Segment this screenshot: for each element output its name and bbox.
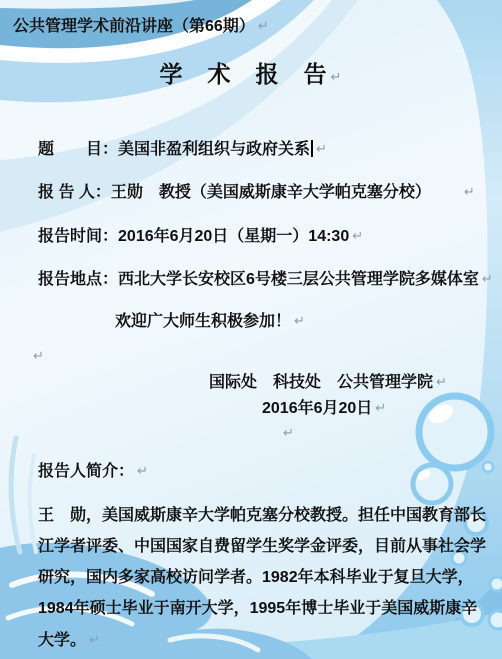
paragraph-mark-icon: ↵ bbox=[137, 463, 148, 478]
field-topic-value[interactable]: 美国非盈利组织与政府关系 bbox=[118, 141, 310, 158]
field-location-value[interactable]: 西北大学长安校区6号楼三层公共管理学院多媒体室 bbox=[118, 271, 479, 288]
signature-date[interactable]: 2016年6月20日↵ bbox=[262, 398, 386, 419]
bio-line-4[interactable]: 1984年硕士毕业于南开大学，1995年博士毕业于美国威斯康辛 bbox=[38, 593, 486, 624]
paragraph-mark-icon: ↵ bbox=[331, 69, 343, 84]
field-location[interactable]: 报告地点：西北大学长安校区6号楼三层公共管理学院多媒体室↵ bbox=[38, 269, 493, 290]
field-speaker-label[interactable]: 报 告 人： bbox=[38, 184, 111, 201]
paragraph-mark-icon: ↵ bbox=[258, 18, 269, 33]
paragraph-mark-icon: ↵ bbox=[436, 374, 447, 389]
signature-date-text[interactable]: 2016年6月20日 bbox=[262, 400, 372, 417]
bio-line-1[interactable]: 王 勋，美国威斯康辛大学帕克塞分校教授。担任中国教育部长 bbox=[38, 500, 486, 531]
paragraph-mark-icon: ↵ bbox=[294, 313, 305, 328]
page-title-text[interactable]: 学 术 报 告 bbox=[160, 61, 328, 87]
paragraph-mark-icon: ↵ bbox=[316, 141, 327, 156]
welcome-line-text[interactable]: 欢迎广大师生积极参加！ bbox=[115, 313, 291, 330]
field-speaker-value[interactable]: 王勋 教授（美国威斯康辛大学帕克塞分校） bbox=[111, 184, 431, 201]
lecture-series-header-text[interactable]: 公共管理学术前沿讲座（第66期） bbox=[13, 18, 255, 35]
signature-departments[interactable]: 国际处 科技处 公共管理学院↵ bbox=[209, 372, 447, 393]
paragraph-mark-icon: ↵ bbox=[33, 348, 44, 364]
paragraph-mark-icon: ↵ bbox=[352, 228, 363, 243]
field-location-label[interactable]: 报告地点： bbox=[38, 271, 118, 288]
paragraph-mark-icon: ↵ bbox=[464, 184, 475, 199]
bio-heading[interactable]: 报告人简介：↵ bbox=[38, 461, 148, 482]
document-page: 公共管理学术前沿讲座（第66期）↵ 学 术 报 告↵ 题 目：美国非盈利组织与政… bbox=[0, 0, 502, 659]
bio-line-5-text[interactable]: 大学。 bbox=[38, 632, 86, 649]
signature-departments-text[interactable]: 国际处 科技处 公共管理学院 bbox=[209, 374, 433, 391]
bio-paragraph[interactable]: 王 勋，美国威斯康辛大学帕克塞分校教授。担任中国教育部长 江学者评委、中国国家自… bbox=[38, 500, 486, 655]
field-time-label[interactable]: 报告时间： bbox=[38, 228, 118, 245]
page-title[interactable]: 学 术 报 告↵ bbox=[0, 64, 502, 87]
bio-heading-text[interactable]: 报告人简介： bbox=[38, 463, 134, 480]
bio-line-2[interactable]: 江学者评委、中国国家自费留学生奖学金评委，目前从事社会学 bbox=[38, 531, 486, 562]
bio-line-3[interactable]: 研究，国内多家高校访问学者。1982年本科毕业于复旦大学， bbox=[38, 562, 486, 593]
paragraph-mark-icon: ↵ bbox=[482, 271, 493, 286]
field-time-value[interactable]: 2016年6月20日（星期一）14:30 bbox=[118, 228, 349, 245]
field-topic-label[interactable]: 题 目： bbox=[38, 141, 118, 158]
paragraph-mark-icon: ↵ bbox=[89, 632, 100, 647]
field-topic[interactable]: 题 目：美国非盈利组织与政府关系↵ bbox=[38, 139, 327, 160]
bio-line-5[interactable]: 大学。↵ bbox=[38, 624, 486, 655]
lecture-series-header[interactable]: 公共管理学术前沿讲座（第66期）↵ bbox=[13, 16, 269, 37]
text-cursor bbox=[311, 140, 313, 157]
field-speaker[interactable]: 报 告 人：王勋 教授（美国威斯康辛大学帕克塞分校）↵ bbox=[38, 182, 475, 203]
paragraph-mark-icon: ↵ bbox=[283, 425, 294, 441]
paragraph-mark-icon: ↵ bbox=[375, 400, 386, 415]
welcome-line[interactable]: 欢迎广大师生积极参加！↵ bbox=[115, 311, 305, 332]
field-time[interactable]: 报告时间：2016年6月20日（星期一）14:30↵ bbox=[38, 226, 363, 247]
